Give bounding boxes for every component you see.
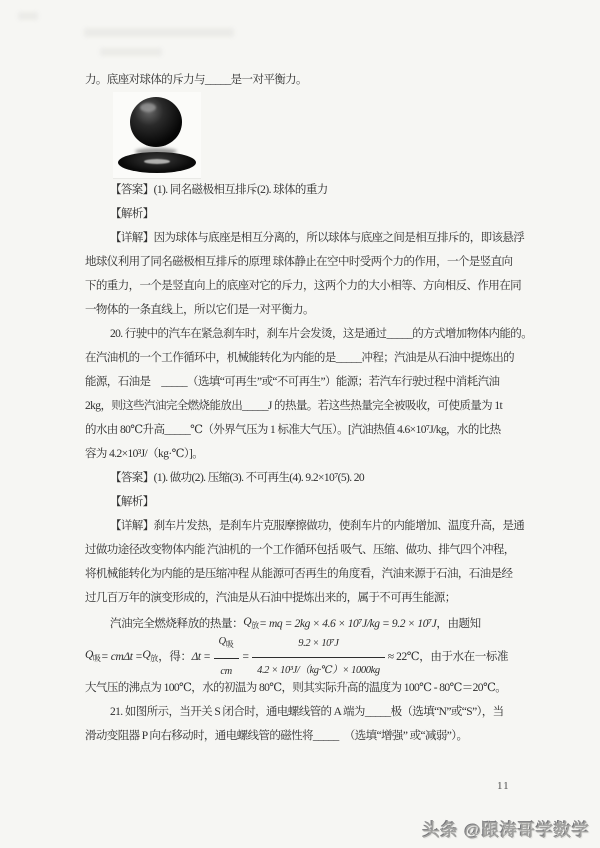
page-number: 11 [497,780,510,792]
q19-detail-line-4: 一物体的一条直线上，所以它们是一对平衡力。 [85,298,521,322]
q20-detail-line-4: 过几百万年的演变形成的，汽油是从石油中提炼出来的，属于不可再生能源； [85,586,521,610]
maglev-globe-figure [113,92,201,178]
q20-delta-t-formula-line: Q吸 = cmΔt = Q放 ，得： Δt = Q吸 cm = 9.2 × 10… [85,638,521,676]
q20-stem-line-5: 的水由 80℃升高_____℃（外界气压为 1 标准大气压）。[汽油热值 4.6… [85,418,521,442]
globe-base [118,152,196,173]
q20-detail-line-5: 大气压的沸点为 100℃，水的初温为 80℃，则其实际升高的温度为 100℃ -… [85,676,521,700]
q20-analysis-label: 【解析】 [85,490,521,514]
q-absorb-symbol: Q吸 [85,643,101,671]
q19-detail-line-2: 地球仪利用了同名磁极相互排斥的原理 球体静止在空中时受两个力的作用，一个是竖直向 [85,250,521,274]
scan-artifact [84,28,234,37]
q20-detail-line-1: 【详解】刹车片发热，是刹车片克服摩擦做功，使刹车片的内能增加、温度升高，是通 [85,514,521,538]
q21-stem-line-2: 滑动变阻器 P 向右移动时，通电螺线管的磁性将_____ （选填“增强” 或“减… [85,724,521,748]
scan-artifact [100,48,162,56]
formula-tail: ≈ 22℃，由于水在一标准 [388,645,508,669]
fraction-numerator: 9.2 × 10⁷J [252,632,385,658]
equals-sign: = [242,645,249,669]
q20-stem-line-1: 20. 行驶中的汽车在紧急刹车时，刹车片会发烫，这是通过_____的方式增加物体… [85,322,521,346]
formula-segment: Δt = [192,645,211,669]
formula-segment: ，得： [158,645,191,669]
q-release-symbol: Q放 [142,643,158,671]
q20-detail-line-2: 过做功途径改变物体内能 汽油机的一个工作循环包括 吸气、压缩、做功、排气四个冲程… [85,538,521,562]
watermark: 头条 @跟涛哥学数学 [423,816,590,841]
formula-suffix: ，由题知 [436,612,480,636]
document-body: 力。底座对球体的斥力与_____是一对平衡力。 【答案】(1). 同名磁极相互排… [85,68,521,748]
q19-answer-line: 【答案】(1). 同名磁极相互排斥(2). 球体的重力 [85,178,521,202]
globe-sphere [130,97,182,147]
q20-stem-line-6: 容为 4.2×10³J/（kg·℃）]。 [85,442,521,466]
scan-artifact [18,12,38,20]
q19-detail-line-1: 【详解】因为球体与底座是相互分离的，所以球体与底座之间是相互排斥的，即该悬浮 [85,226,521,250]
q20-answer-line: 【答案】(1). 做功(2). 压缩(3). 不可再生(4). 9.2×10⁷(… [85,466,521,490]
q20-detail-line-3: 将机械能转化为内能的是压缩冲程 从能源可否再生的角度看，汽油来源于石油，石油是经 [85,562,521,586]
q19-continuation-line: 力。底座对球体的斥力与_____是一对平衡力。 [85,68,521,92]
q19-analysis-label: 【解析】 [85,202,521,226]
document-page: 力。底座对球体的斥力与_____是一对平衡力。 【答案】(1). 同名磁极相互排… [0,0,600,848]
q20-stem-line-2: 在汽油机的一个工作循环中，机械能转化为内能的是_____冲程；汽油是从石油中提炼… [85,346,521,370]
q20-stem-line-4: 2kg，则这些汽油完全燃烧能放出_____J 的热量。若这些热量完全被吸收，可使… [85,394,521,418]
q19-detail-line-3: 下的重力，一个是竖直向上的底座对它的斥力，这两个力的大小相等、方向相反、作用在同 [85,274,521,298]
q20-stem-line-3: 能源，石油是 _____（选填“可再生”或“不可再生”）能源；若汽车行驶过程中消… [85,370,521,394]
formula-segment: = cmΔt = [101,645,142,669]
fraction-numerator: Q吸 [214,630,239,659]
q21-stem-line-1: 21. 如图所示，当开关 S 闭合时，通电螺线管的 A 端为_____极（选填“… [85,700,521,724]
fraction-numeric: 9.2 × 10⁷J 4.2 × 10³J/（kg·℃）× 1000kg [252,632,385,683]
